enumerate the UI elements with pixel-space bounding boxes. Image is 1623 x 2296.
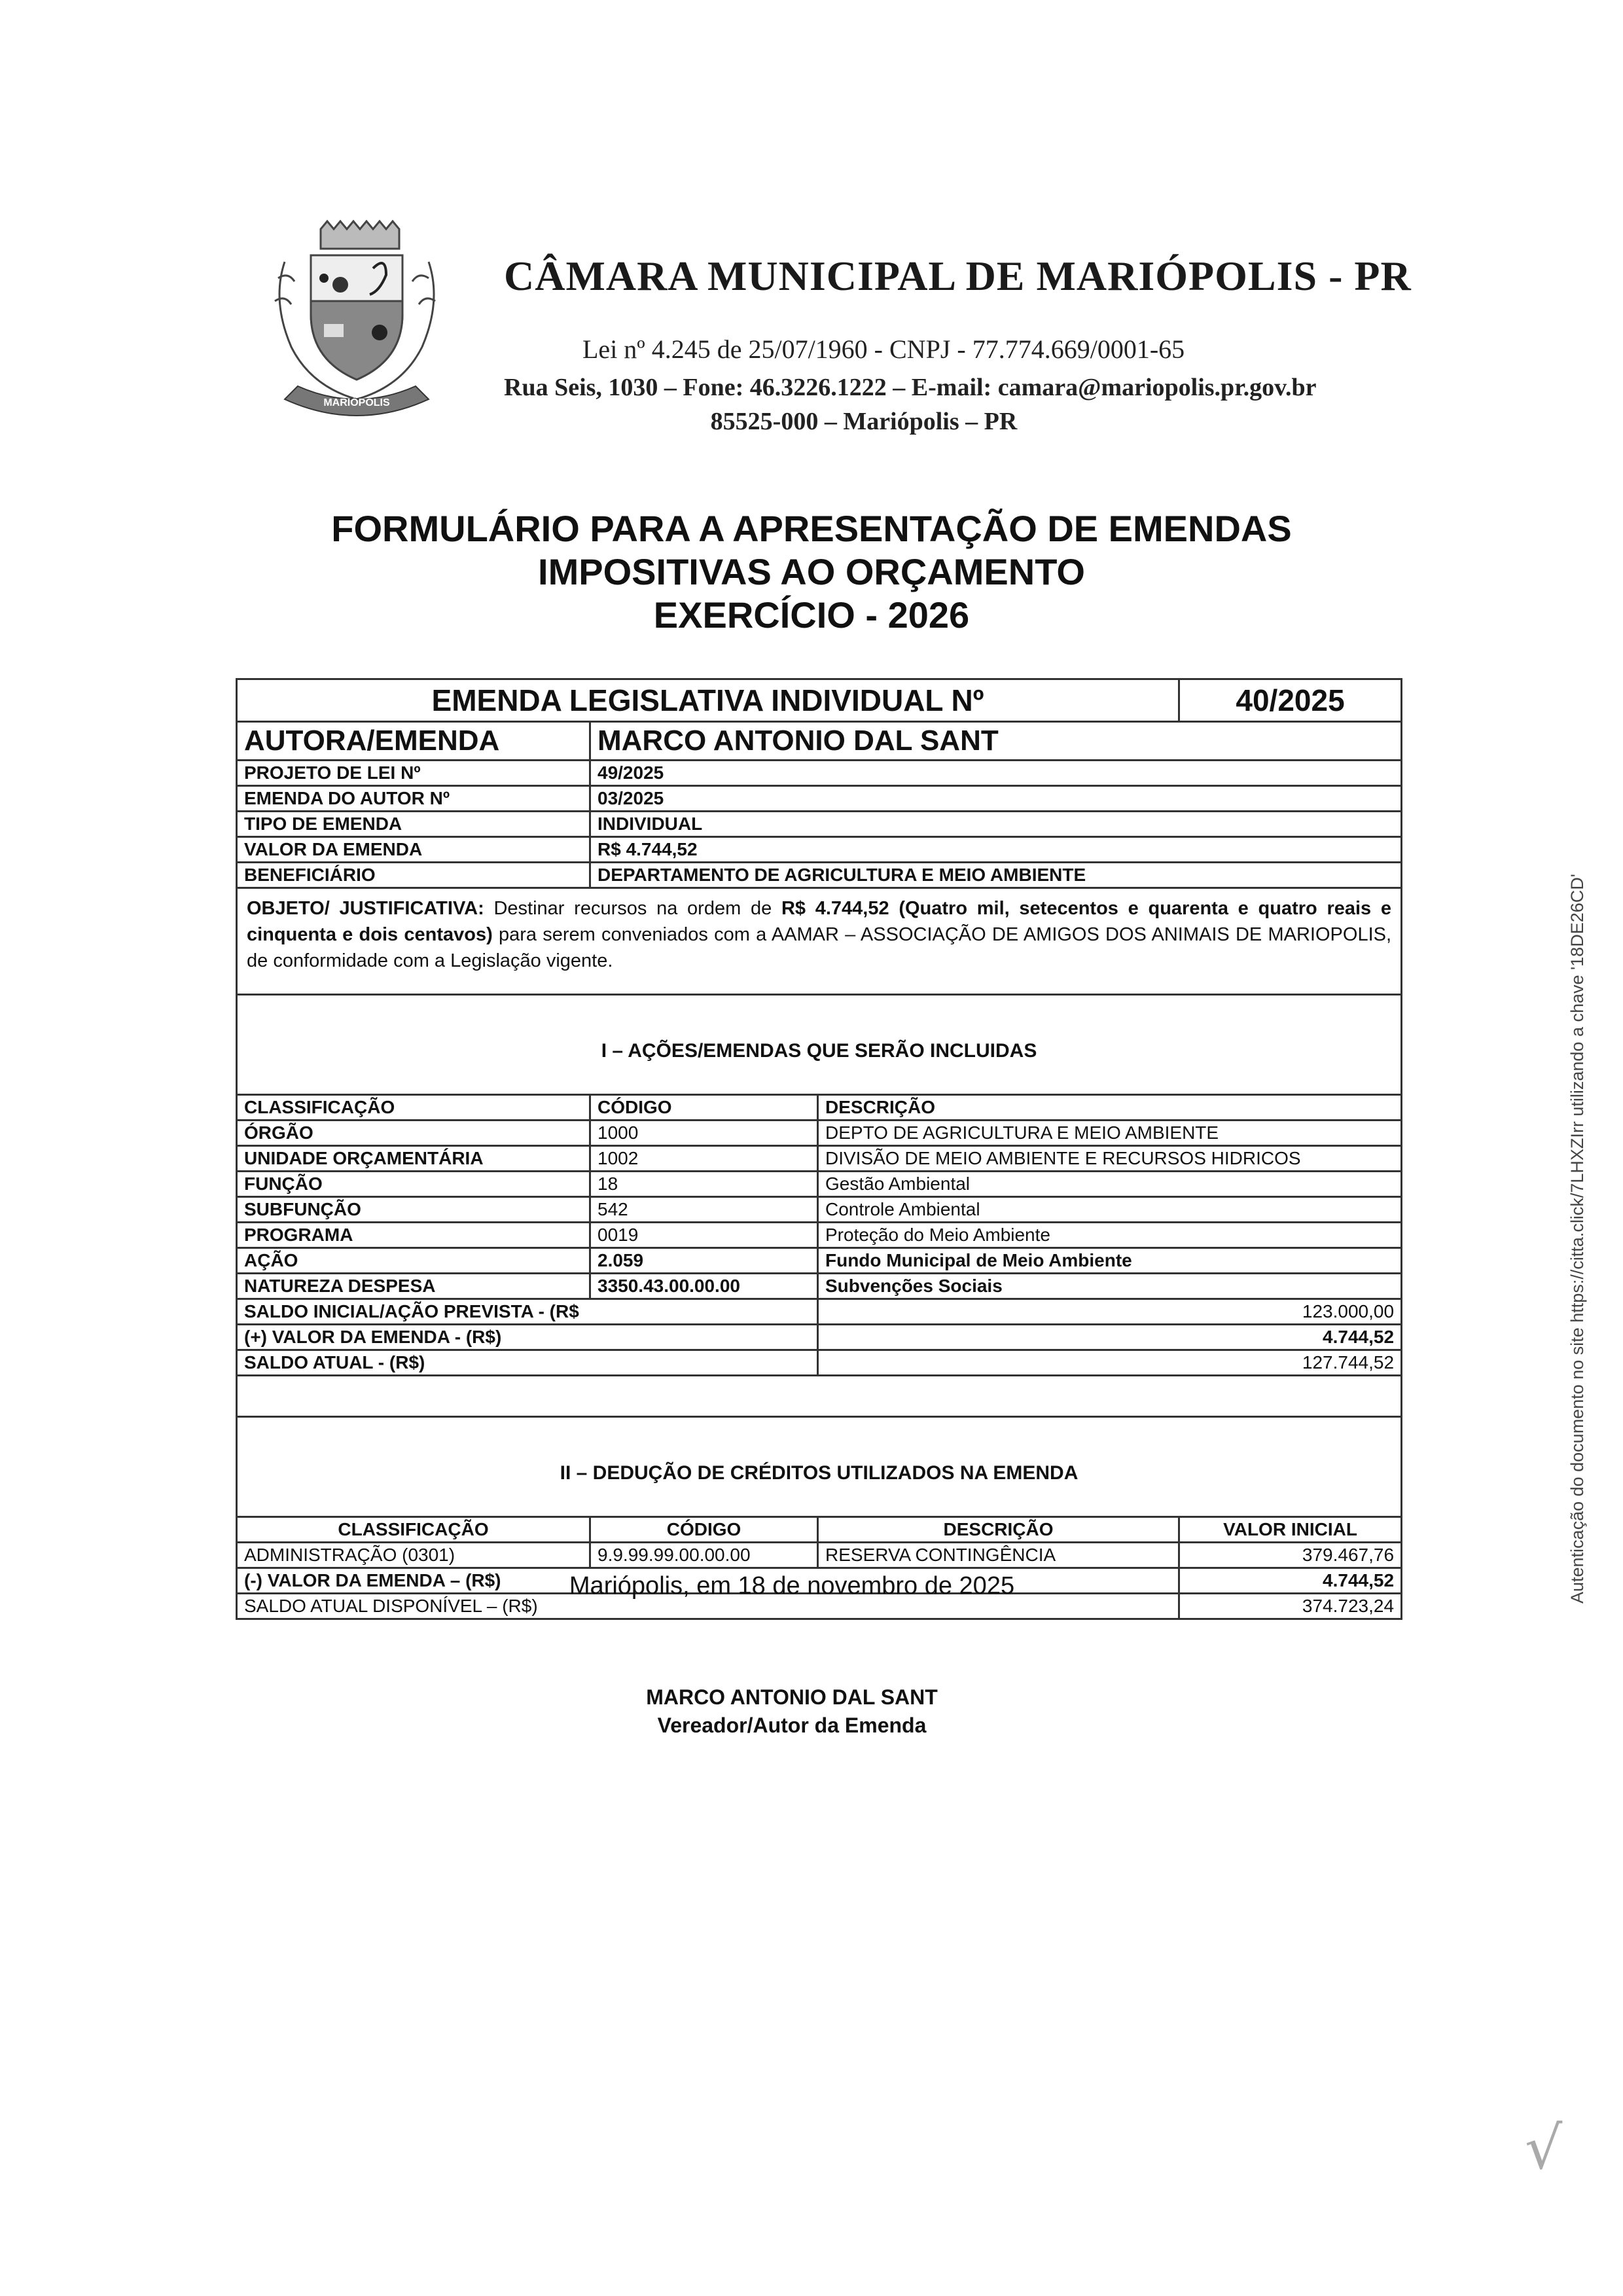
row-description: Proteção do Meio Ambiente	[818, 1223, 1402, 1248]
table-row: UNIDADE ORÇAMENTÁRIA 1002 DIVISÃO DE MEI…	[237, 1146, 1402, 1172]
row-classification: SUBFUNÇÃO	[237, 1197, 590, 1223]
author-label: AUTORA/EMENDA	[237, 722, 590, 761]
col-header-classification: CLASSIFICAÇÃO	[237, 1517, 590, 1543]
table-row: AÇÃO 2.059 Fundo Municipal de Meio Ambie…	[237, 1248, 1402, 1274]
total-row: (+) VALOR DA EMENDA - (R$) 4.744,52	[237, 1325, 1402, 1350]
field-row: BENEFICIÁRIO DEPARTAMENTO DE AGRICULTURA…	[237, 863, 1402, 888]
total-label: SALDO INICIAL/AÇÃO PREVISTA - (R$	[237, 1299, 818, 1325]
table-row: ADMINISTRAÇÃO (0301) 9.9.99.99.00.00.00 …	[237, 1543, 1402, 1568]
row-description: RESERVA CONTINGÊNCIA	[818, 1543, 1179, 1568]
signer-name: MARCO ANTONIO DAL SANT	[0, 1685, 1623, 1710]
row-code: 0019	[590, 1223, 818, 1248]
amendment-title-row: EMENDA LEGISLATIVA INDIVIDUAL Nº 40/2025	[237, 679, 1402, 722]
total-label: SALDO ATUAL - (R$)	[237, 1350, 818, 1376]
form-title-line3: EXERCÍCIO - 2026	[0, 594, 1623, 637]
field-value: 03/2025	[590, 786, 1402, 812]
row-description: Subvenções Sociais	[818, 1274, 1402, 1299]
field-row: PROJETO DE LEI Nº 49/2025	[237, 761, 1402, 786]
row-classification: UNIDADE ORÇAMENTÁRIA	[237, 1146, 590, 1172]
institution-name: CÂMARA MUNICIPAL DE MARIÓPOLIS - PR	[504, 252, 1412, 300]
municipal-crest-icon: MARIÓPOLIS	[259, 216, 455, 432]
field-value: R$ 4.744,52	[590, 837, 1402, 863]
col-header-description: DESCRIÇÃO	[818, 1095, 1402, 1121]
total-row: SALDO ATUAL - (R$) 127.744,52	[237, 1350, 1402, 1376]
justification-label: OBJETO/ JUSTIFICATIVA:	[247, 898, 484, 919]
row-classification: NATUREZA DESPESA	[237, 1274, 590, 1299]
row-code: 1000	[590, 1121, 818, 1146]
row-classification: PROGRAMA	[237, 1223, 590, 1248]
field-row: VALOR DA EMENDA R$ 4.744,52	[237, 837, 1402, 863]
amendment-title-label: EMENDA LEGISLATIVA INDIVIDUAL Nº	[237, 679, 1179, 722]
row-description: Controle Ambiental	[818, 1197, 1402, 1223]
row-code: 18	[590, 1172, 818, 1197]
row-classification: AÇÃO	[237, 1248, 590, 1274]
table-row: SUBFUNÇÃO 542 Controle Ambiental	[237, 1197, 1402, 1223]
justification-row: OBJETO/ JUSTIFICATIVA: Destinar recursos…	[237, 888, 1402, 995]
row-initial-value: 379.467,76	[1179, 1543, 1402, 1568]
field-row: TIPO DE EMENDA INDIVIDUAL	[237, 812, 1402, 837]
field-value: INDIVIDUAL	[590, 812, 1402, 837]
section1-title: I – AÇÕES/EMENDAS QUE SERÃO INCLUIDAS	[237, 995, 1402, 1095]
table-row: ÓRGÃO 1000 DEPTO DE AGRICULTURA E MEIO A…	[237, 1121, 1402, 1146]
row-code: 3350.43.00.00.00	[590, 1274, 818, 1299]
author-row: AUTORA/EMENDA MARCO ANTONIO DAL SANT	[237, 722, 1402, 761]
col-header-initial-value: VALOR INICIAL	[1179, 1517, 1402, 1543]
authentication-note: Autenticação do documento no site https:…	[1567, 874, 1588, 1604]
author-value: MARCO ANTONIO DAL SANT	[590, 722, 1402, 761]
total-row: SALDO INICIAL/AÇÃO PREVISTA - (R$ 123.00…	[237, 1299, 1402, 1325]
field-row: EMENDA DO AUTOR Nº 03/2025	[237, 786, 1402, 812]
field-value: DEPARTAMENTO DE AGRICULTURA E MEIO AMBIE…	[590, 863, 1402, 888]
row-code: 542	[590, 1197, 818, 1223]
section2-title: II – DEDUÇÃO DE CRÉDITOS UTILIZADOS NA E…	[237, 1417, 1402, 1517]
section2-title-row: II – DEDUÇÃO DE CRÉDITOS UTILIZADOS NA E…	[237, 1417, 1402, 1517]
table-row: PROGRAMA 0019 Proteção do Meio Ambiente	[237, 1223, 1402, 1248]
field-label: BENEFICIÁRIO	[237, 863, 590, 888]
spacer	[237, 1376, 1402, 1417]
col-header-code: CÓDIGO	[590, 1095, 818, 1121]
total-label: (+) VALOR DA EMENDA - (R$)	[237, 1325, 818, 1350]
total-value: 123.000,00	[818, 1299, 1402, 1325]
row-classification: ADMINISTRAÇÃO (0301)	[237, 1543, 590, 1568]
row-code: 9.9.99.99.00.00.00	[590, 1543, 818, 1568]
row-description: Fundo Municipal de Meio Ambiente	[818, 1248, 1402, 1274]
check-mark-icon: √	[1525, 2114, 1562, 2183]
col-header-description: DESCRIÇÃO	[818, 1517, 1179, 1543]
table-row: FUNÇÃO 18 Gestão Ambiental	[237, 1172, 1402, 1197]
total-value: 4.744,52	[818, 1325, 1402, 1350]
field-value: 49/2025	[590, 761, 1402, 786]
section2-header-row: CLASSIFICAÇÃO CÓDIGO DESCRIÇÃO VALOR INI…	[237, 1517, 1402, 1543]
row-code: 1002	[590, 1146, 818, 1172]
place-and-date: Mariópolis, em 18 de novembro de 2025	[0, 1572, 1623, 1600]
zip-city: 85525-000 – Mariópolis – PR	[0, 407, 1623, 436]
field-label: EMENDA DO AUTOR Nº	[237, 786, 590, 812]
table-row: NATUREZA DESPESA 3350.43.00.00.00 Subven…	[237, 1274, 1402, 1299]
spacer-row	[237, 1376, 1402, 1417]
row-classification: ÓRGÃO	[237, 1121, 590, 1146]
row-description: Gestão Ambiental	[818, 1172, 1402, 1197]
address-contact: Rua Seis, 1030 – Fone: 46.3226.1222 – E-…	[504, 373, 1316, 402]
col-header-classification: CLASSIFICAÇÃO	[237, 1095, 590, 1121]
amendment-form-table: EMENDA LEGISLATIVA INDIVIDUAL Nº 40/2025…	[236, 678, 1400, 1620]
field-label: TIPO DE EMENDA	[237, 812, 590, 837]
form-title: FORMULÁRIO PARA A APRESENTAÇÃO DE EMENDA…	[0, 507, 1623, 637]
justification-text: OBJETO/ JUSTIFICATIVA: Destinar recursos…	[237, 888, 1402, 995]
law-and-cnpj: Lei nº 4.245 de 25/07/1960 - CNPJ - 77.7…	[582, 334, 1185, 365]
col-header-code: CÓDIGO	[590, 1517, 818, 1543]
total-value: 127.744,52	[818, 1350, 1402, 1376]
form-title-line1: FORMULÁRIO PARA A APRESENTAÇÃO DE EMENDA…	[0, 507, 1623, 550]
section1-title-row: I – AÇÕES/EMENDAS QUE SERÃO INCLUIDAS	[237, 995, 1402, 1095]
field-label: PROJETO DE LEI Nº	[237, 761, 590, 786]
signer-role: Vereador/Autor da Emenda	[0, 1713, 1623, 1738]
field-label: VALOR DA EMENDA	[237, 837, 590, 863]
amendment-number: 40/2025	[1179, 679, 1402, 722]
form-title-line2: IMPOSITIVAS AO ORÇAMENTO	[0, 550, 1623, 594]
row-classification: FUNÇÃO	[237, 1172, 590, 1197]
row-description: DIVISÃO DE MEIO AMBIENTE E RECURSOS HIDR…	[818, 1146, 1402, 1172]
row-code: 2.059	[590, 1248, 818, 1274]
row-description: DEPTO DE AGRICULTURA E MEIO AMBIENTE	[818, 1121, 1402, 1146]
section1-header-row: CLASSIFICAÇÃO CÓDIGO DESCRIÇÃO	[237, 1095, 1402, 1121]
